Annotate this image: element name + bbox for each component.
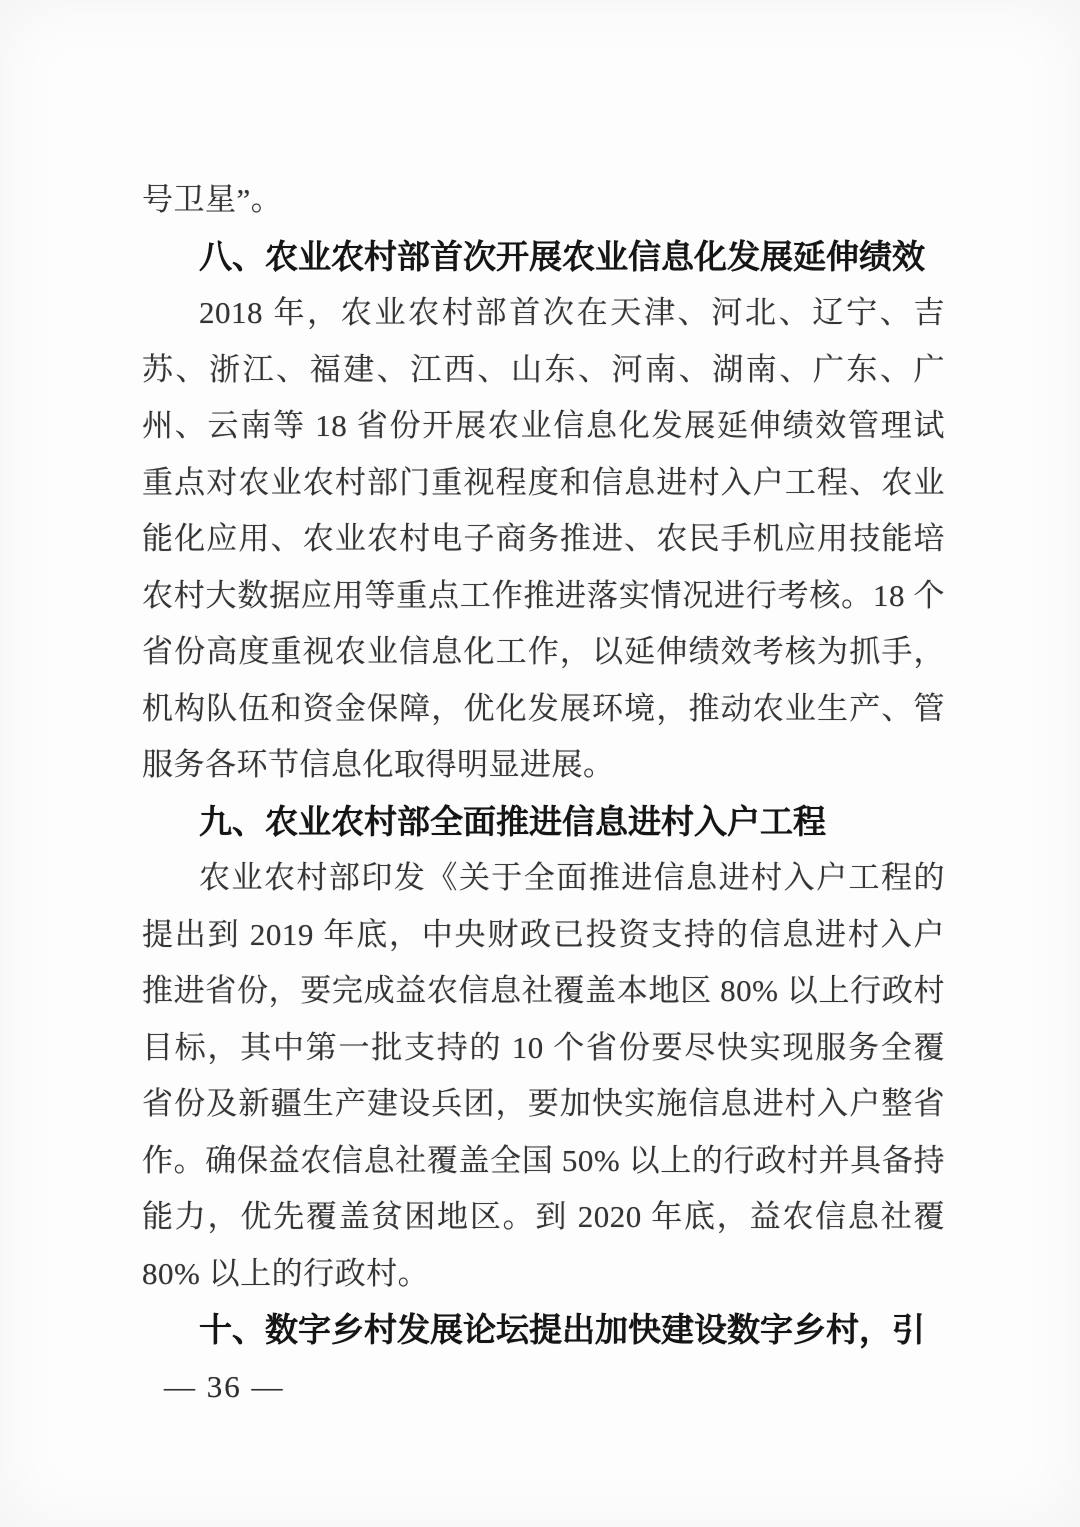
section-9-paragraph-line: 80% 以上的行政村。	[142, 1246, 945, 1303]
section-8-paragraph-line: 能化应用、农业农村电子商务推进、农民手机应用技能培训、农业	[142, 511, 945, 568]
section-9-paragraph-line: 农业农村部印发《关于全面推进信息进村入户工程的通知》，	[142, 850, 945, 907]
section-8-paragraph-line: 农村大数据应用等重点工作推进落实情况进行考核。18 个试点	[142, 568, 945, 625]
section-10-heading: 十、数字乡村发展论坛提出加快建设数字乡村，引领乡村振兴	[142, 1302, 945, 1359]
section-9-paragraph-line: 省份及新疆生产建设兵团，要加快实施信息进村入户整省推进工	[142, 1076, 945, 1133]
section-9-heading: 九、农业农村部全面推进信息进村入户工程	[142, 794, 945, 851]
section-8-heading: 八、农业农村部首次开展农业信息化发展延伸绩效考核	[142, 229, 945, 286]
section-9-paragraph-line: 作。确保益农信息社覆盖全国 50% 以上的行政村并具备持续运营	[142, 1133, 945, 1190]
page-number: — 36 —	[142, 1359, 945, 1416]
paragraph-line-continuation: 号卫星”。	[142, 172, 945, 229]
section-8-paragraph-line: 省份高度重视农业信息化工作，以延伸绩效考核为抓手，不断强化	[142, 624, 945, 681]
page-content: 号卫星”。 八、农业农村部首次开展农业信息化发展延伸绩效考核 2018 年，农业…	[142, 172, 945, 1415]
section-8-paragraph-line: 州、云南等 18 省份开展农业信息化发展延伸绩效管理试点工作，	[142, 398, 945, 455]
section-9-paragraph-line: 推进省份，要完成益农信息社覆盖本地区 80% 以上行政村的建设	[142, 963, 945, 1020]
section-9-paragraph-line: 提出到 2019 年底，中央财政已投资支持的信息进村入户工程整省	[142, 907, 945, 964]
section-8-paragraph-line: 苏、浙江、福建、江西、山东、河南、湖南、广东、广西、重庆、四川、贵	[142, 342, 945, 399]
document-page: 号卫星”。 八、农业农村部首次开展农业信息化发展延伸绩效考核 2018 年，农业…	[0, 0, 1080, 1527]
section-8-paragraph-line: 服务各环节信息化取得明显进展。	[142, 737, 945, 794]
section-9-paragraph-line: 目标，其中第一批支持的 10 个省份要尽快实现服务全覆盖。其他	[142, 1020, 945, 1077]
section-8-paragraph-line: 2018 年，农业农村部首次在天津、河北、辽宁、吉林、黑龙江、江	[142, 285, 945, 342]
section-8-paragraph-line: 机构队伍和资金保障，优化发展环境，推动农业生产、管理、经营、	[142, 681, 945, 738]
section-9-paragraph-line: 能力，优先覆盖贫困地区。到 2020 年底，益农信息社覆盖全国	[142, 1189, 945, 1246]
section-8-paragraph-line: 重点对农业农村部门重视程度和信息进村入户工程、农业生产智	[142, 455, 945, 512]
